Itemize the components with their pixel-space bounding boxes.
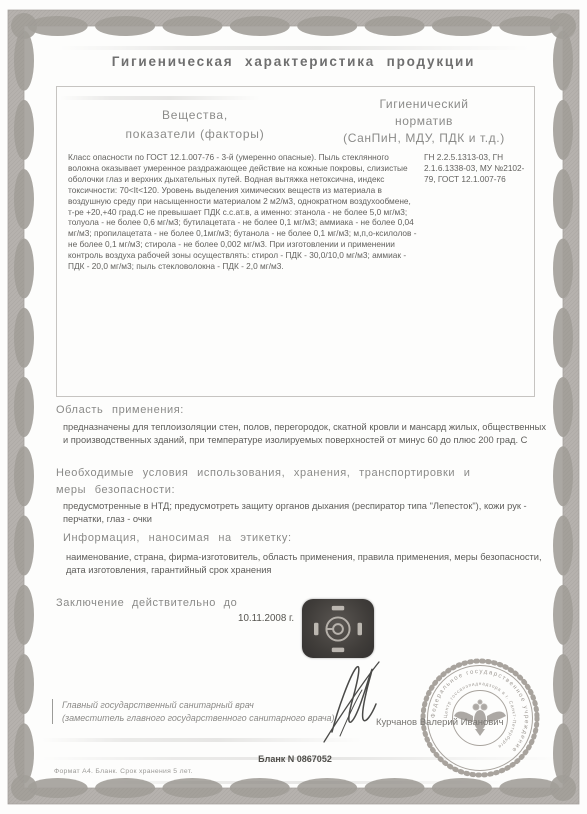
column-header-line: Гигиенический: [318, 96, 530, 113]
hazard-description-text: Класс опасности по ГОСТ 12.1.007-76 - 3-…: [68, 152, 418, 272]
application-section-label: Область применения:: [56, 402, 356, 419]
document-page: Гигиеническая характеристика продукции В…: [0, 0, 587, 814]
conditions-section-text: предусмотренные в НТД; предусмотреть защ…: [63, 500, 547, 526]
column-header-normative: Гигиенический норматив (СанПиН, МДУ, ПДК…: [318, 96, 530, 147]
hologram-emblem-icon: [306, 603, 370, 655]
format-note: Формат А4. Бланк. Срок хранения 5 лет.: [54, 768, 193, 775]
column-header-line: Вещества,: [80, 106, 310, 125]
column-header-line: норматив: [318, 113, 530, 130]
conditions-section-label: Необходимые условия использования, хране…: [56, 465, 508, 499]
official-name: Курчанов Валерий Иванович: [376, 717, 536, 728]
page-title: Гигиеническая характеристика продукции: [0, 54, 587, 69]
validity-date: 10.11.2008 г.: [238, 613, 294, 624]
document-content: Гигиеническая характеристика продукции В…: [0, 0, 587, 814]
blank-number: Бланк N 0867052: [200, 754, 390, 764]
scan-smudge: [60, 46, 530, 50]
hologram-stamp: [302, 599, 374, 658]
label-info-section-text: наименование, страна, фирма-изготовитель…: [66, 551, 542, 577]
label-info-section-label: Информация, наносимая на этикетку:: [63, 530, 413, 547]
application-section-text: предназначены для теплоизоляции стен, по…: [63, 421, 547, 447]
normative-references-text: ГН 2.2.5.1313-03, ГН 2.1.6.1338-03, МУ №…: [424, 152, 532, 185]
column-header-line: (СанПиН, МДУ, ПДК и т.д.): [318, 130, 530, 147]
signature: [316, 658, 386, 750]
scan-smudge: [42, 738, 362, 742]
column-header-substances: Вещества, показатели (факторы): [80, 106, 310, 144]
scan-smudge: [90, 781, 510, 784]
column-header-line: показатели (факторы): [80, 125, 310, 144]
